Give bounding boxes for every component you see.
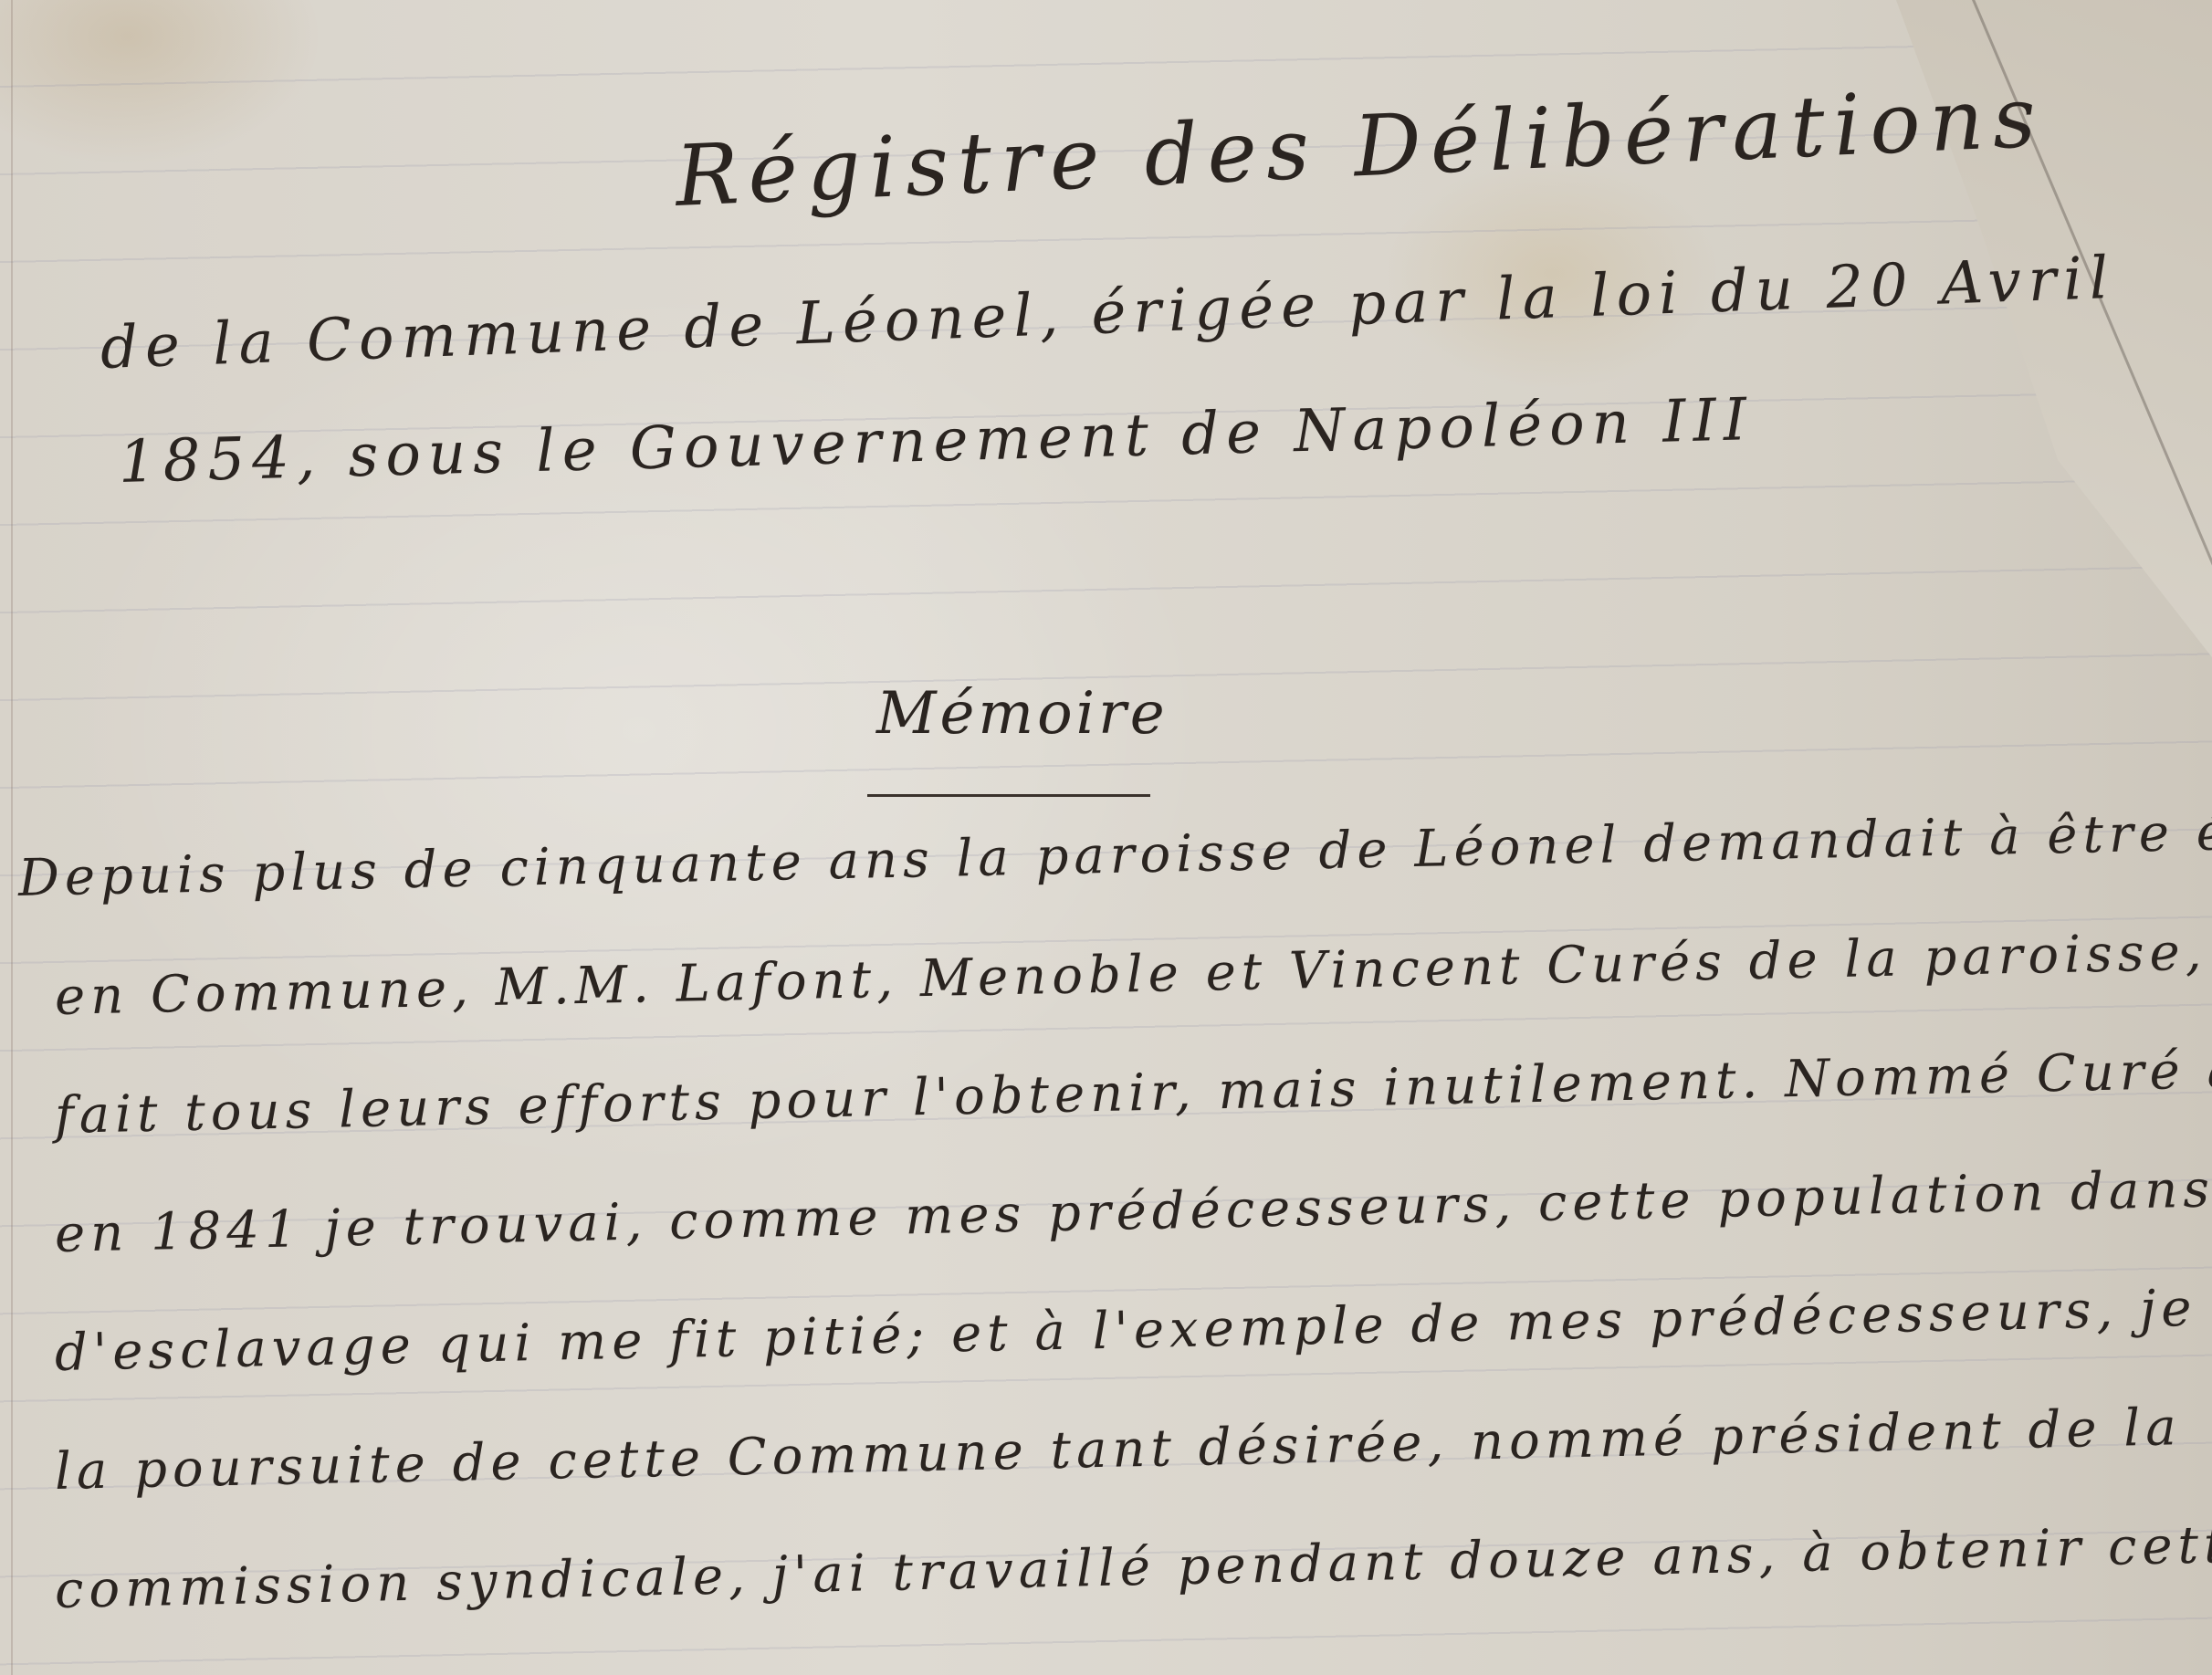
body-line: Depuis plus de cinquante ans la paroisse… bbox=[17, 800, 2212, 908]
heading-underline bbox=[867, 794, 1150, 797]
body-line: d'esclavage qui me fit pitié; et à l'exe… bbox=[54, 1272, 2212, 1383]
margin-line bbox=[11, 0, 13, 1675]
subtitle-line-1: de la Commune de Léonel, érigée par la l… bbox=[100, 245, 2117, 382]
body-line: en 1841 je trouvai, comme mes prédécesse… bbox=[54, 1155, 2212, 1264]
section-heading: Mémoire bbox=[876, 680, 1169, 748]
body-line: en Commune, M.M. Lafont, Menoble et Vinc… bbox=[54, 918, 2212, 1027]
body-line: commission syndicale, j'ai travaillé pen… bbox=[54, 1509, 2212, 1620]
body-line: fait tous leurs efforts pour l'obtenir, … bbox=[54, 1036, 2212, 1146]
register-title: Régistre des Délibérations bbox=[674, 68, 2047, 225]
body-line: la poursuite de cette Commune tant désir… bbox=[54, 1398, 2182, 1502]
register-page: Régistre des Délibérations de la Commune… bbox=[0, 0, 2212, 1675]
subtitle-line-2: 1854, sous le Gouvernement de Napoléon I… bbox=[118, 386, 1755, 497]
